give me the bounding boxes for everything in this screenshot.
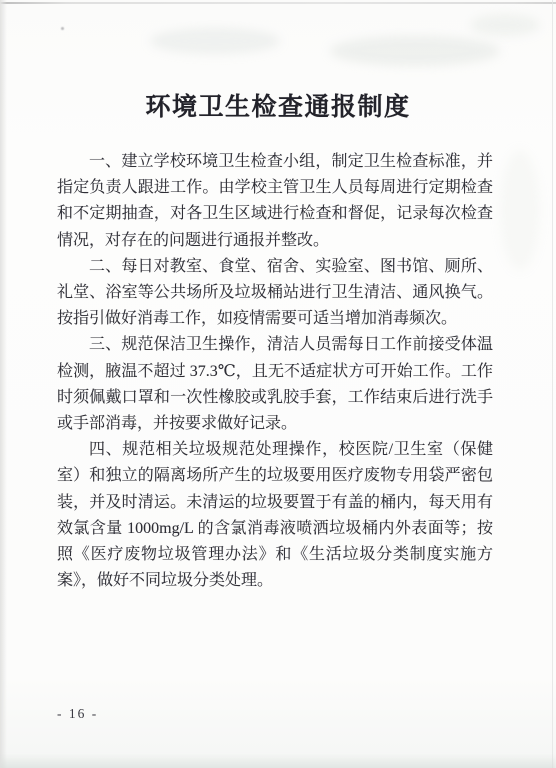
scan-edge-top bbox=[0, 2, 556, 4]
document-body: 一、建立学校环境卫生检查小组，制定卫生检查标准，并指定负责人跟进工作。由学校主管… bbox=[57, 149, 493, 594]
bleedthrough-smudge bbox=[150, 28, 280, 54]
bleedthrough-smudge bbox=[330, 36, 500, 66]
scan-speck bbox=[61, 27, 64, 30]
paragraph-4: 四、规范相关垃圾规范处理操作，校医院/卫生室（保健室）和独立的隔离场所产生的垃圾… bbox=[57, 437, 493, 594]
document-title: 环境卫生检查通报制度 bbox=[0, 87, 556, 123]
paragraph-1: 一、建立学校环境卫生检查小组，制定卫生检查标准，并指定负责人跟进工作。由学校主管… bbox=[57, 149, 493, 254]
page-number: - 16 - bbox=[57, 706, 98, 722]
paragraph-2: 二、每日对教室、食堂、宿舍、实验室、图书馆、厕所、礼堂、浴室等公共场所及垃圾桶站… bbox=[57, 254, 493, 333]
paragraph-3: 三、规范保洁卫生操作，清洁人员需每日工作前接受体温检测，腋温不超过 37.3℃，… bbox=[57, 332, 493, 437]
scan-edge-bottom bbox=[0, 755, 556, 768]
document-page: 环境卫生检查通报制度 一、建立学校环境卫生检查小组，制定卫生检查标准，并指定负责… bbox=[0, 0, 556, 768]
bleedthrough-smudge bbox=[500, 150, 540, 270]
bleedthrough-smudge bbox=[470, 14, 540, 36]
